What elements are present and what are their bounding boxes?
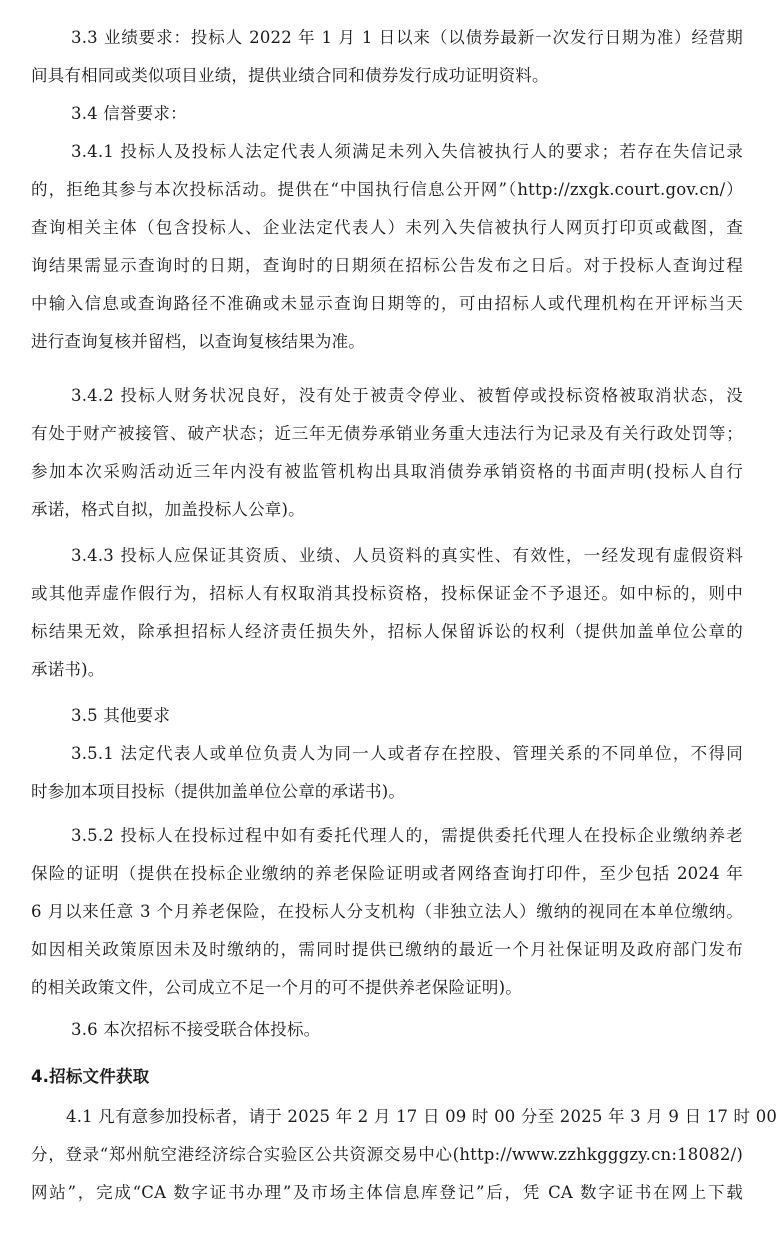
para-3-6: 3.6 本次招标不接受联合体投标。 <box>71 1019 743 1041</box>
para-3-4-1-line-6: 进行查询复核并留档，以查询复核结果为准。 <box>31 331 743 353</box>
para-3-5-2-line-2: 保险的证明（提供在投标企业缴纳的养老保险证明或者网络查询打印件，至少包括 202… <box>31 863 743 885</box>
para-3-4-3-line-3: 标结果无效，除承担招标人经济责任损失外，招标人保留诉讼的权利（提供加盖单位公章的 <box>31 621 743 643</box>
section-3-5-heading: 3.5 其他要求 <box>71 705 743 727</box>
para-3-5-2-line-1: 3.5.2 投标人在投标过程中如有委托代理人的，需提供委托代理人在投标企业缴纳养… <box>71 825 743 847</box>
para-3-4-2-line-3: 参加本次采购活动近三年内没有被监管机构出具取消债券承销资格的书面声明(投标人自行 <box>31 461 743 483</box>
para-3-4-3-line-1: 3.4.3 投标人应保证其资质、业绩、人员资料的真实性、有效性，一经发现有虚假资… <box>71 545 743 567</box>
para-3-5-2-line-3: 6 月以来任意 3 个月养老保险，在投标人分支机构（非独立法人）缴纳的视同在本单… <box>31 901 743 923</box>
para-3-4-2-line-2: 有处于财产被接管、破产状态；近三年无债券承销业务重大违法行为记录及有关行政处罚等… <box>31 423 743 445</box>
para-3-3-line-2: 间具有相同或类似项目业绩，提供业绩合同和债券发行成功证明资料。 <box>31 65 743 87</box>
para-3-4-1-line-3: 查询相关主体（包含投标人、企业法定代表人）未列入失信被执行人网页打印页或截图，查 <box>31 217 743 239</box>
para-3-5-1-line-1: 3.5.1 法定代表人或单位负责人为同一人或者存在控股、管理关系的不同单位，不得… <box>71 743 743 765</box>
section-3-4-heading: 3.4 信誉要求： <box>71 103 743 125</box>
para-3-5-1-line-2: 时参加本项目投标（提供加盖单位公章的承诺书)。 <box>31 781 743 803</box>
para-3-4-1-line-2: 的，拒绝其参与本次投标活动。提供在“中国执行信息公开网”（http://zxgk… <box>31 179 743 201</box>
para-3-4-1-line-4: 询结果需显示查询时的日期，查询时的日期须在招标公告发布之日后。对于投标人查询过程 <box>31 255 743 277</box>
para-3-3-line-1: 3.3 业绩要求：投标人 2022 年 1 月 1 日以来（以债券最新一次发行日… <box>71 27 743 49</box>
para-3-5-2-line-5: 的相关政策文件，公司成立不足一个月的可不提供养老保险证明)。 <box>31 977 743 999</box>
para-3-4-3-line-4: 承诺书)。 <box>31 659 743 681</box>
para-3-4-1-line-5: 中输入信息或查询路径不准确或未显示查询日期等的，可由招标人或代理机构在开评标当天 <box>31 293 743 315</box>
para-4-1-line-1: 4.1 凡有意参加投标者，请于 2025 年 2 月 17 日 09 时 00 … <box>66 1106 738 1128</box>
para-3-4-3-line-2: 或其他弄虚作假行为，招标人有权取消其投标资格，投标保证金不予退还。如中标的，则中 <box>31 583 743 605</box>
para-4-1-line-2: 分，登录“郑州航空港经济综合实验区公共资源交易中心(http://www.zzh… <box>31 1144 743 1166</box>
section-4-heading: 4.招标文件获取 <box>31 1066 743 1088</box>
para-3-4-2-line-4: 承诺，格式自拟，加盖投标人公章)。 <box>31 499 743 521</box>
para-3-5-2-line-4: 如因相关政策原因未及时缴纳的，需同时提供已缴纳的最近一个月社保证明及政府部门发布 <box>31 939 743 961</box>
para-3-4-1-line-1: 3.4.1 投标人及投标人法定代表人须满足未列入失信被执行人的要求；若存在失信记… <box>71 141 743 163</box>
para-4-1-line-3: 网站”，完成“CA 数字证书办理”及市场主体信息库登记”后，凭 CA 数字证书在… <box>31 1182 743 1204</box>
document-page: 3.3 业绩要求：投标人 2022 年 1 月 1 日以来（以债券最新一次发行日… <box>0 0 783 1236</box>
para-3-4-2-line-1: 3.4.2 投标人财务状况良好，没有处于被责令停业、被暂停或投标资格被取消状态，… <box>71 385 743 407</box>
